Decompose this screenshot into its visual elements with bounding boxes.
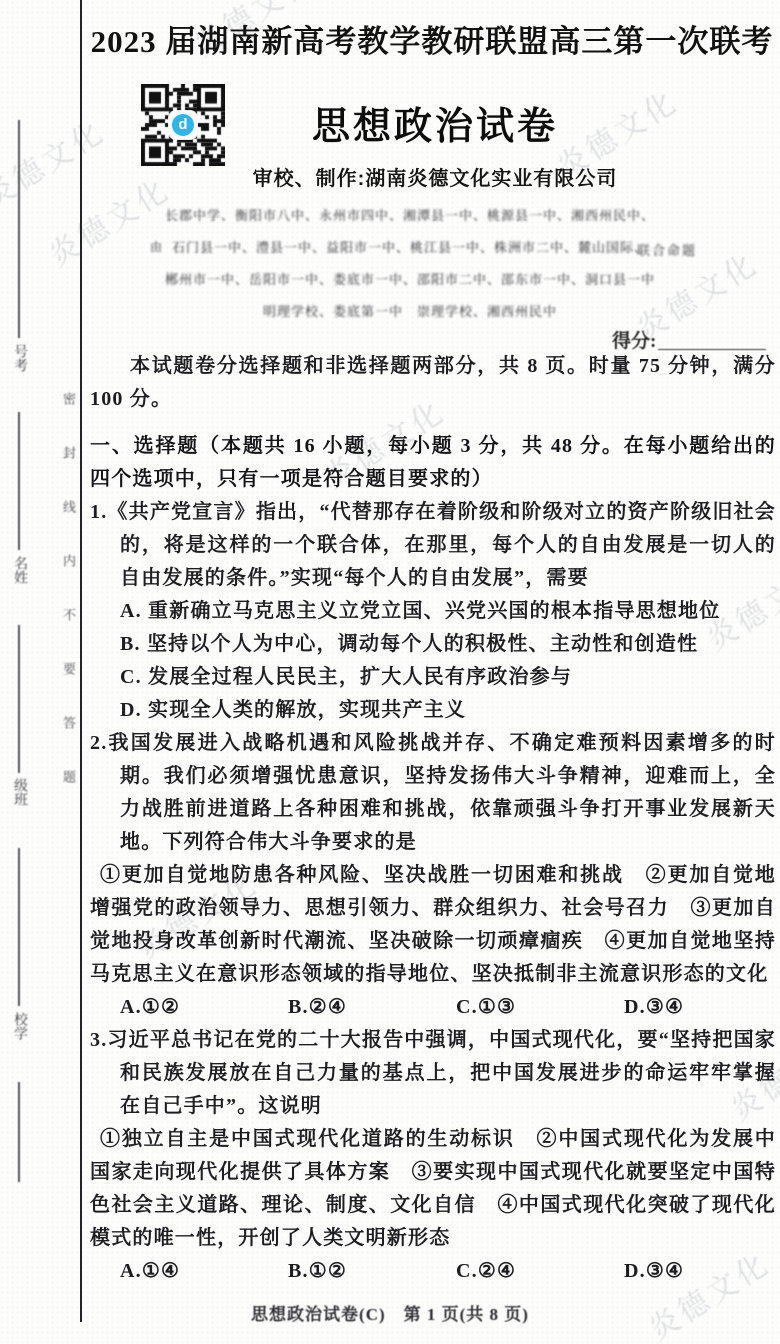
question-3: 3.习近平总书记在党的二十大报告中强调，中国式现代化，要“坚持把国家和民族发展放… bbox=[90, 1024, 776, 1288]
school-list: 长郡中学、衡阳市八中、永州市四中、湘潭县一中、桃源县一中、湘西州民中、 石门县一… bbox=[150, 200, 670, 328]
seal-border-line bbox=[80, 0, 82, 1322]
question-2-answer-c: C.①③ bbox=[456, 991, 624, 1024]
question-1: 1.《共产党宣言》指出，“代替那存在着阶级和阶级对立的资产阶级旧社会的，将是这样… bbox=[90, 496, 776, 727]
seal-instruction-text: 密封线内不要答题 bbox=[59, 392, 78, 824]
score-label: 得分: bbox=[612, 331, 656, 352]
school-list-line: 郴州市一中、岳阳市一中、娄底市一中、邵阳市二中、邵东市一中、洞口县一中 bbox=[150, 264, 670, 296]
question-1-option-b: B. 坚持以个人为中心，调动每个人的积极性、主动性和创造性 bbox=[90, 628, 776, 661]
question-1-option-a: A. 重新确立马克思主义立党立国、兴党兴国的根本指导思想地位 bbox=[90, 595, 776, 628]
margin-field-label: 级班 bbox=[22, 778, 38, 806]
qr-logo: d bbox=[169, 111, 197, 139]
paper-instructions: 本试题卷分选择题和非选择题两部分，共 8 页。时量 75 分钟，满分 100 分… bbox=[90, 350, 776, 416]
margin-field-label: 号考 bbox=[22, 344, 38, 372]
qr-logo-d-icon: d bbox=[172, 114, 194, 136]
margin-field-line bbox=[18, 1082, 20, 1182]
question-2-stem: 2.我国发展进入战略机遇和风险挑战并存、不确定难预料因素增多的时期。我们必须增强… bbox=[90, 727, 776, 859]
exam-title: 2023 届湖南新高考教学教研联盟高三第一次联考 bbox=[88, 16, 776, 61]
school-list-line: 石门县一中、澧县一中、益阳市一中、桃江县一中、株洲市二中、麓山国际、 bbox=[150, 232, 670, 264]
question-1-option-c: C. 发展全过程人民民主，扩大人民有序政治参与 bbox=[90, 661, 776, 694]
question-1-stem: 1.《共产党宣言》指出，“代替那存在着阶级和阶级对立的资产阶级旧社会的，将是这样… bbox=[90, 496, 776, 595]
score-field: 得分: bbox=[612, 326, 766, 353]
margin-field-line bbox=[18, 412, 20, 550]
question-2-answer-b: B.②④ bbox=[288, 991, 456, 1024]
question-2-answer-d: D.③④ bbox=[624, 991, 684, 1024]
section-1-heading: 一、选择题（本题共 16 小题，每小题 3 分，共 48 分。在每小题给出的四个… bbox=[90, 430, 776, 496]
question-3-stem: 3.习近平总书记在党的二十大报告中强调，中国式现代化，要“坚持把国家和民族发展放… bbox=[90, 1024, 776, 1123]
paper-title: 思想政治试卷 bbox=[240, 95, 630, 150]
question-1-option-d: D. 实现全人类的解放，实现共产主义 bbox=[90, 694, 776, 727]
margin-field-label: 名姓 bbox=[22, 556, 38, 584]
joint-proposition-label: 联合命题 bbox=[637, 240, 697, 259]
page-footer: 思想政治试卷(C) 第 1 页(共 8 页) bbox=[90, 1300, 690, 1325]
margin-field-line bbox=[18, 848, 20, 1006]
margin-field-label: 校学 bbox=[22, 1012, 38, 1040]
question-3-answer-b: B.①② bbox=[288, 1255, 456, 1288]
qr-code: d bbox=[141, 84, 225, 166]
producer-line: 审校、制作:湖南炎德文化实业有限公司 bbox=[120, 162, 750, 191]
question-3-answer-d: D.③④ bbox=[624, 1255, 684, 1288]
paper-body: 本试题卷分选择题和非选择题两部分，共 8 页。时量 75 分钟，满分 100 分… bbox=[90, 350, 776, 1288]
question-3-answers: A.①④ B.①② C.②④ D.③④ bbox=[90, 1255, 776, 1288]
margin-field-line bbox=[18, 625, 20, 773]
question-2-answer-a: A.①② bbox=[120, 991, 288, 1024]
school-list-line: 长郡中学、衡阳市八中、永州市四中、湘潭县一中、桃源县一中、湘西州民中、 bbox=[150, 200, 670, 232]
question-3-answer-a: A.①④ bbox=[120, 1255, 288, 1288]
question-2-statements: ①更加自觉地防患各种风险、坚决战胜一切困难和挑战 ②更加自觉地增强党的政治领导力… bbox=[90, 859, 776, 991]
question-2: 2.我国发展进入战略机遇和风险挑战并存、不确定难预料因素增多的时期。我们必须增强… bbox=[90, 727, 776, 1024]
margin-field-line bbox=[18, 120, 20, 338]
school-list-line: 明理学校、娄底第一中 崇理学校、湘西州民中 bbox=[150, 296, 670, 328]
school-list-margin-char: 由 bbox=[150, 238, 162, 255]
exam-paper-page: 炎德文化 炎德文化 炎德文化 炎德文化 炎德文化 炎德文化 炎德文化 炎德文化 … bbox=[0, 0, 780, 1344]
question-3-statements: ①独立自主是中国式现代化道路的生动标识 ②中国式现代化为发展中国家走向现代化提供… bbox=[90, 1123, 776, 1255]
question-2-answers: A.①② B.②④ C.①③ D.③④ bbox=[90, 991, 776, 1024]
question-3-answer-c: C.②④ bbox=[456, 1255, 624, 1288]
